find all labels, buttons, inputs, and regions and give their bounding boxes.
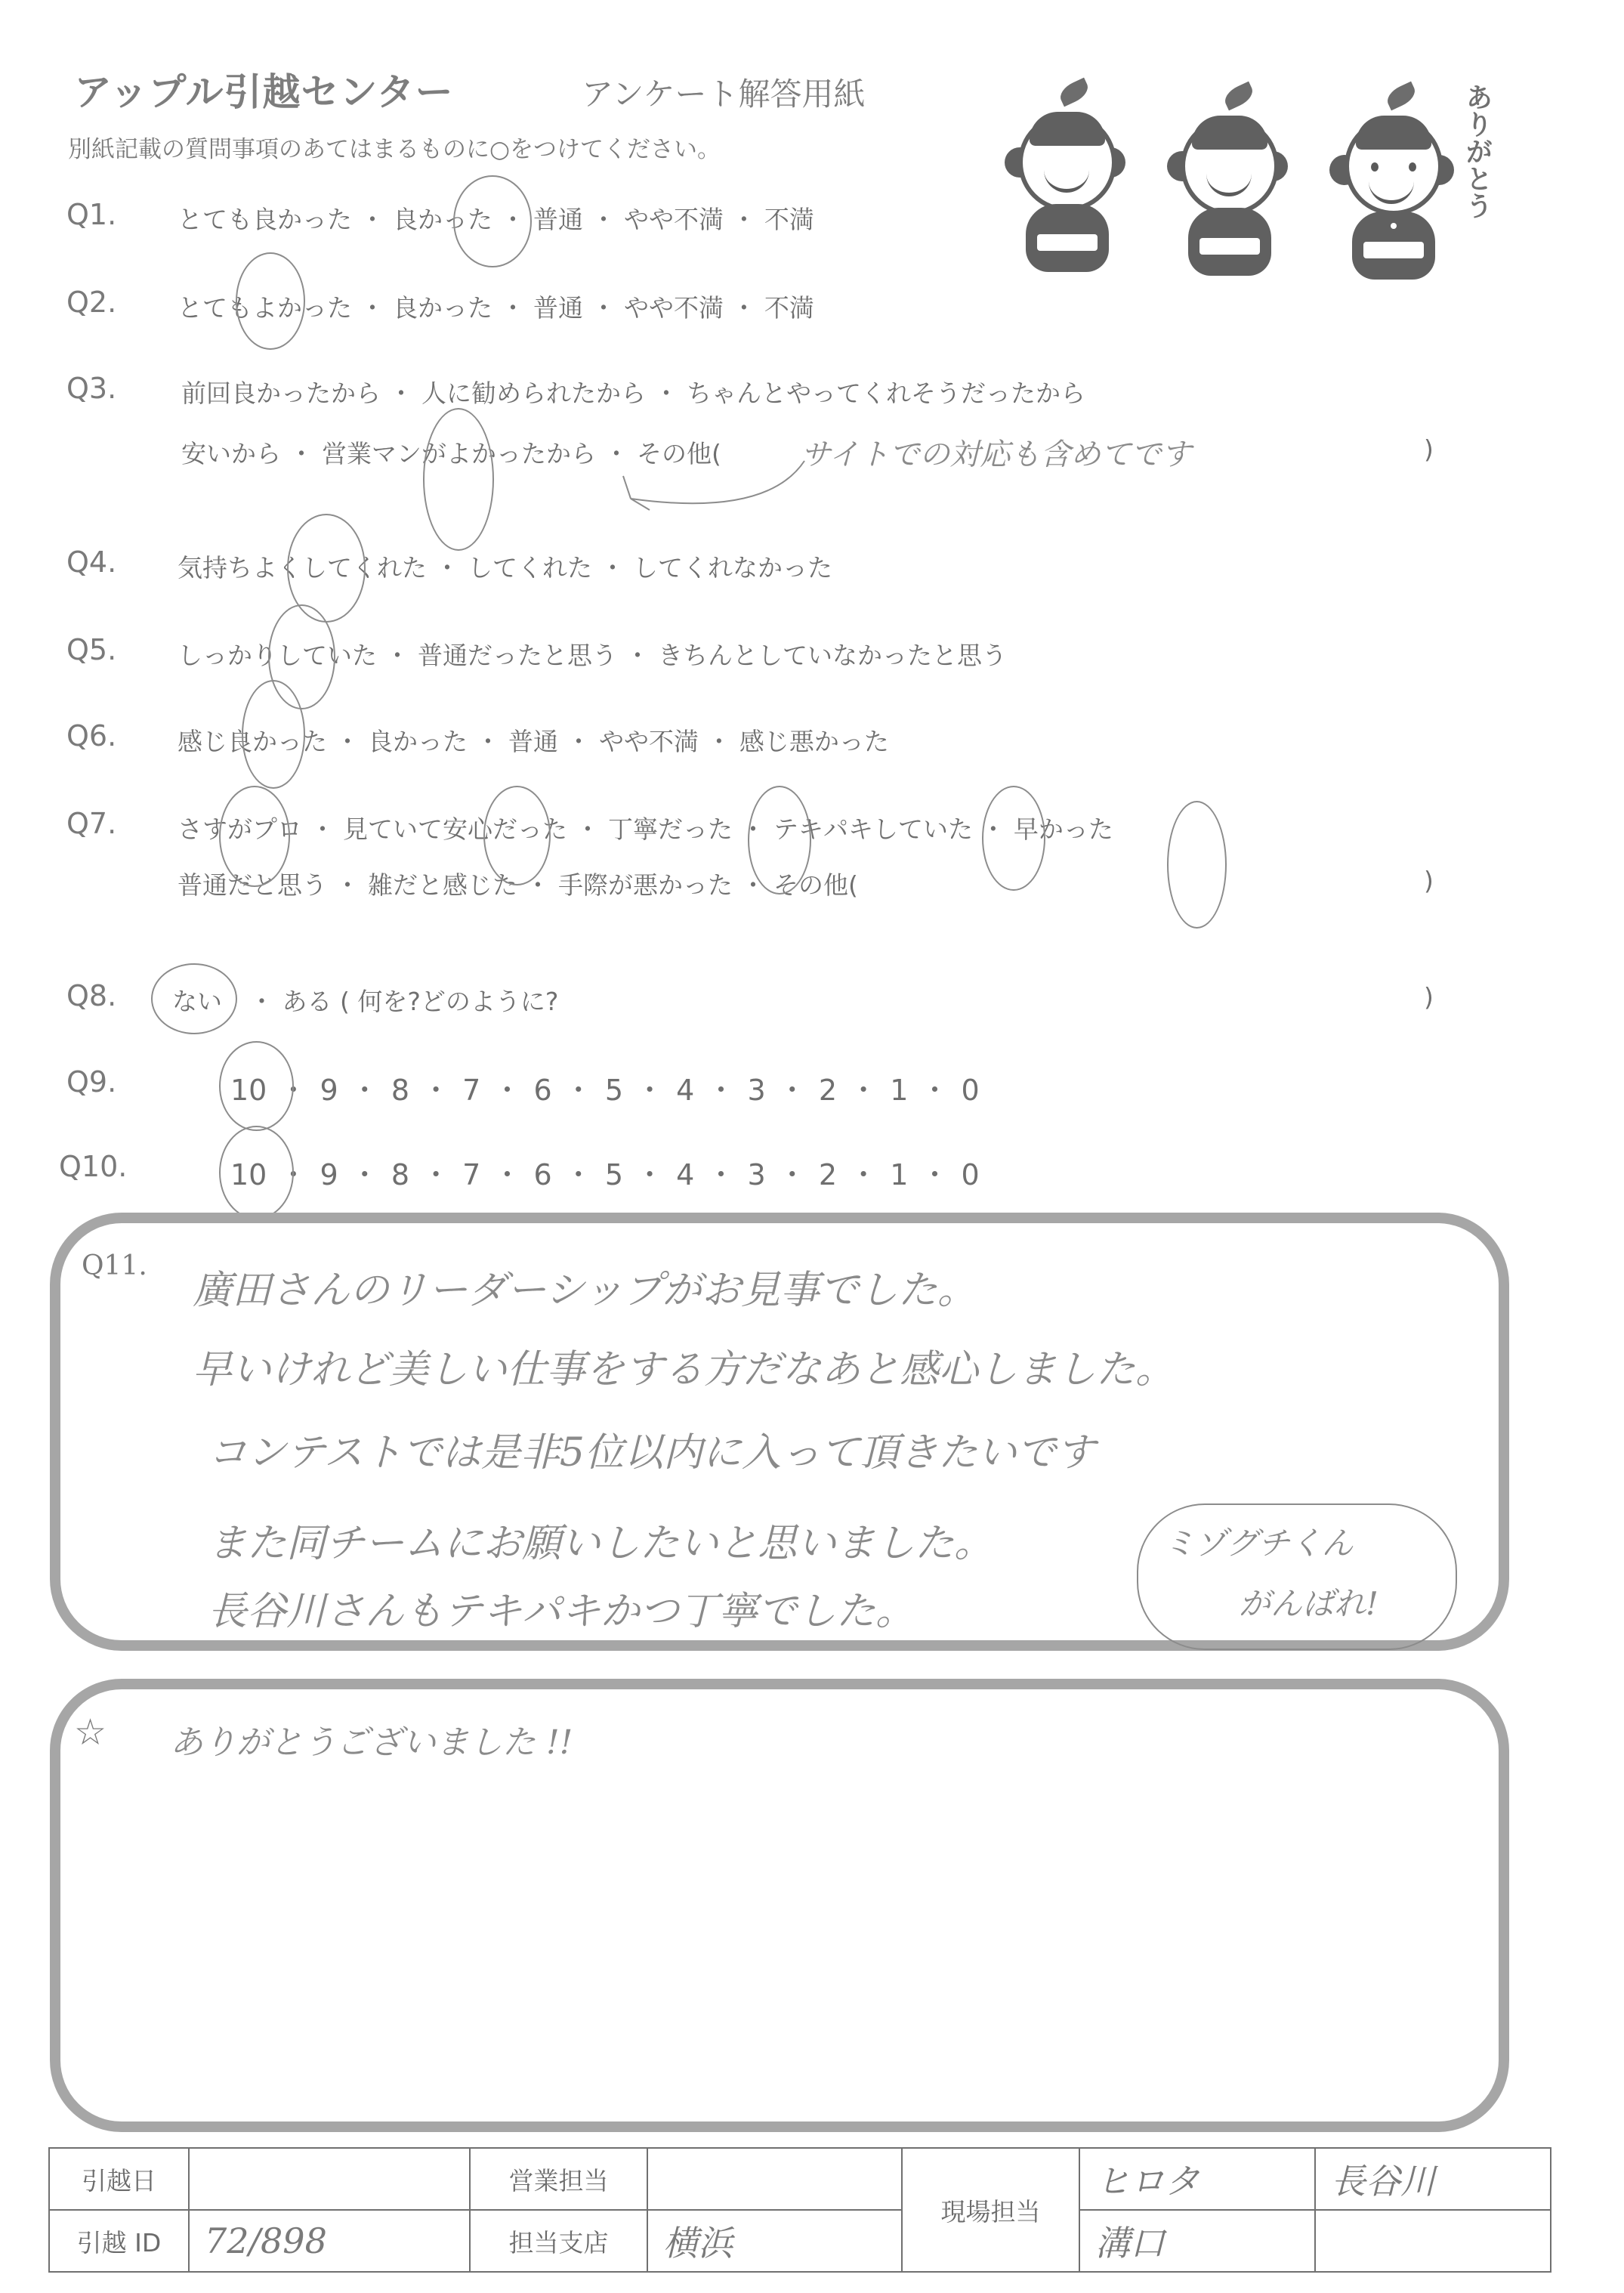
sales-rep-value[interactable] xyxy=(647,2148,902,2210)
mascot-caption: ありがとう xyxy=(1458,83,1496,219)
q6-label: Q6. xyxy=(66,719,116,752)
q6-selection-circle xyxy=(242,680,305,789)
q11-line-5: 長谷川さんもテキパキかつ丁寧でした。 xyxy=(208,1579,915,1636)
company-name: アップル引越センター xyxy=(74,62,454,116)
q7-label: Q7. xyxy=(66,807,116,840)
q1-label: Q1. xyxy=(66,198,116,231)
q10-selection-circle xyxy=(219,1126,294,1219)
q3-options-line1[interactable]: 前回良かったから ・ 人に勧められたから ・ ちゃんとやってくれそうだったから xyxy=(181,374,1085,409)
q8-label: Q8. xyxy=(66,979,116,1012)
q8-option-some[interactable]: ・ ある ( 何を?どのように? xyxy=(249,982,558,1018)
q9-selection-circle xyxy=(219,1041,294,1131)
q10-scale[interactable]: 10 ・ 9 ・ 8 ・ 7 ・ 6 ・ 5 ・ 4 ・ 3 ・ 2 ・ 1 ・… xyxy=(230,1151,980,1193)
branch-label: 担当支店 xyxy=(470,2210,647,2272)
move-id-value[interactable]: 72/898 xyxy=(189,2210,470,2272)
star-icon: ☆ xyxy=(74,1711,107,1754)
q7-selection-circle-3 xyxy=(748,786,811,895)
mascot-blush-icon xyxy=(1167,87,1295,268)
mascot-wink-icon xyxy=(1005,83,1133,264)
q11-line-4: また同チームにお願いしたいと思いました。 xyxy=(208,1511,993,1568)
q2-selection-circle xyxy=(236,252,305,350)
field-staff-3[interactable]: 溝口 xyxy=(1079,2210,1315,2272)
q7-options-line1[interactable]: さすがプロ ・ 見ていて安心だった ・ 丁寧だった ・ テキパキしていた ・ 早… xyxy=(178,810,1113,845)
free-comment-text: ありがとうございました !! xyxy=(170,1715,573,1763)
q4-options[interactable]: 気持ちよくしてくれた ・ してくれた ・ してくれなかった xyxy=(178,549,832,584)
field-staff-4[interactable] xyxy=(1315,2210,1551,2272)
q2-label: Q2. xyxy=(66,286,116,319)
move-date-value[interactable] xyxy=(189,2148,470,2210)
move-id-label: 引越 ID xyxy=(49,2210,189,2272)
sales-rep-label: 営業担当 xyxy=(470,2148,647,2210)
field-staff-2[interactable]: 長谷川 xyxy=(1315,2148,1551,2210)
field-staff-1[interactable]: ヒロタ xyxy=(1079,2148,1315,2210)
q3-selection-circle xyxy=(423,408,494,551)
q9-label: Q9. xyxy=(66,1065,116,1099)
q11-line-3: コンテストでは是非5位以内に入って頂きたいです xyxy=(208,1420,1095,1477)
move-date-label: 引越日 xyxy=(49,2148,189,2210)
bubble-line-2: がんばれ! xyxy=(1239,1579,1379,1624)
q8-close-paren: ) xyxy=(1424,982,1434,1012)
q10-label: Q10. xyxy=(59,1150,127,1183)
q4-label: Q4. xyxy=(66,545,116,579)
info-table: 引越日 営業担当 現場担当 ヒロタ 長谷川 引越 ID 72/898 担当支店 … xyxy=(48,2147,1551,2273)
field-staff-label: 現場担当 xyxy=(902,2148,1079,2272)
q5-label: Q5. xyxy=(66,633,116,666)
q3-other-text[interactable]: サイトでの対応も含めてです xyxy=(801,431,1191,474)
q7-selection-circle-1 xyxy=(219,786,290,887)
q9-scale[interactable]: 10 ・ 9 ・ 8 ・ 7 ・ 6 ・ 5 ・ 4 ・ 3 ・ 2 ・ 1 ・… xyxy=(230,1067,980,1108)
q11-line-2: 早いけれど美しい仕事をする方だなあと感心しました。 xyxy=(193,1337,1175,1394)
instruction-text: 別紙記載の質問事項のあてはまるものに○をつけてください。 xyxy=(68,130,721,164)
bubble-line-1: ミゾグチくん xyxy=(1163,1519,1354,1564)
q7-selection-circle-4 xyxy=(982,786,1045,891)
q7-selection-circle-5 xyxy=(1167,801,1227,929)
q11-line-1: 廣田さんのリーダーシップがお見事でした。 xyxy=(193,1258,977,1315)
q3-close-paren: ) xyxy=(1424,434,1434,464)
mascot-smile-icon xyxy=(1329,87,1458,276)
q7-close-paren: ) xyxy=(1424,866,1434,895)
q3-label: Q3. xyxy=(66,372,116,405)
q7-selection-circle-2 xyxy=(483,786,551,885)
q3-arrow-icon xyxy=(616,453,812,544)
form-title: アンケート解答用紙 xyxy=(582,70,865,115)
q11-label: Q11. xyxy=(82,1250,147,1281)
q8-selection-circle xyxy=(151,963,237,1034)
q1-selection-circle xyxy=(453,175,532,267)
branch-value[interactable]: 横浜 xyxy=(647,2210,902,2272)
